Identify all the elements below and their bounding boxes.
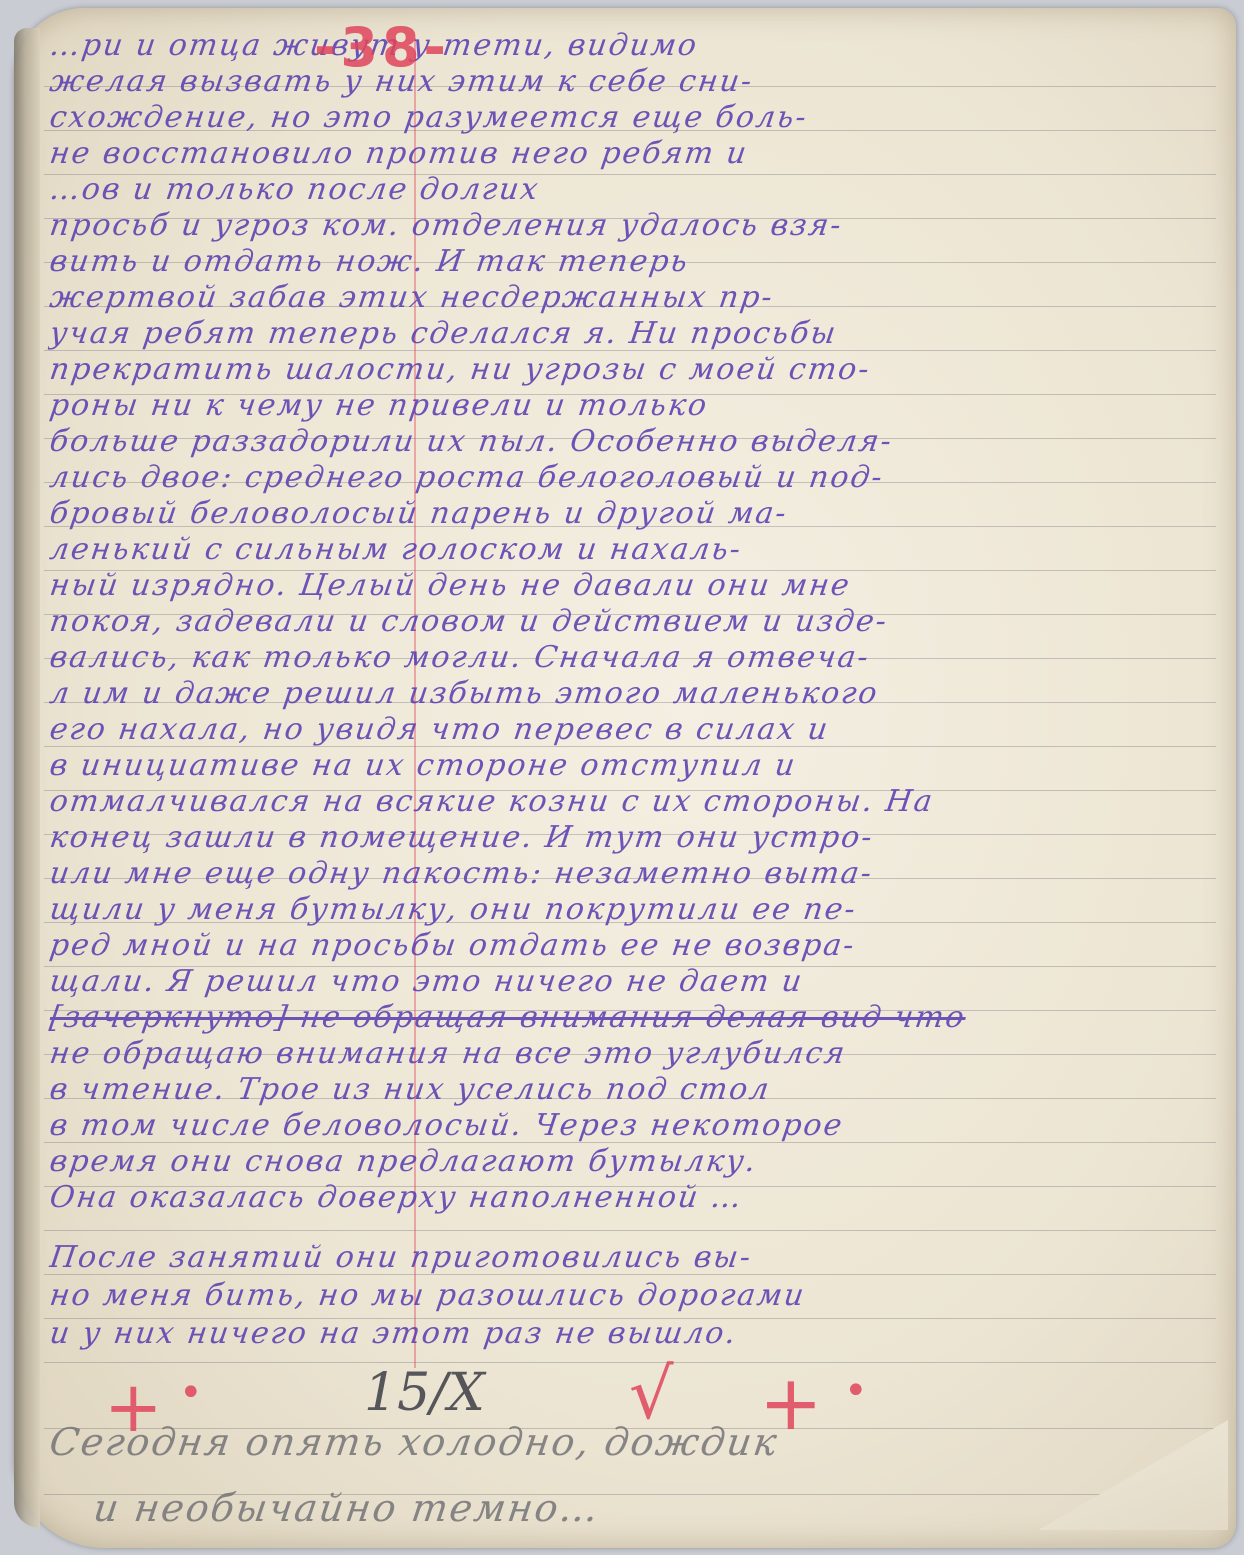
text-line: и у них ничего на этот раз не вышло. [48,1316,1213,1351]
text-line: вить и отдать нож. И так теперь [48,244,1213,279]
page-binding-edge [14,28,40,1528]
pencil-text-line: и необычайно темно… [91,1486,1213,1530]
text-line: щили у меня бутылку, они покрутили ее пе… [48,892,1213,927]
text-line: учая ребят теперь сделался я. Ни просьбы [48,316,1213,351]
text-line: Она оказалась доверху наполненной … [48,1180,1213,1215]
text-line: …ов и только после долгих [48,172,1213,207]
text-line: отмалчивался на всякие козни с их сторон… [48,784,1213,819]
struck-text-line: [зачеркнуто] не обращая внимания делая в… [48,1000,1213,1035]
text-line: жертвой забав этих несдержанных пр- [48,280,1213,315]
text-line: не обращаю внимания на все это углубился [48,1036,1213,1071]
text-line: ный изрядно. Целый день не давали они мн… [48,568,1213,603]
text-line: в чтение. Трое из них уселись под стол [48,1072,1213,1107]
text-line: не восстановило против него ребят и [48,136,1213,171]
entry-date: 15/X [364,1363,485,1423]
text-line: бровый беловолосый парень и другой ма- [48,496,1213,531]
text-line: роны ни к чему не привели и только [48,388,1213,423]
text-line: но меня бить, но мы разошлись дорогами [48,1278,1213,1313]
text-line: просьб и угроз ком. отделения удалось вз… [48,208,1213,243]
text-line: его нахала, но увидя что перевес в силах… [48,712,1213,747]
diary-page: …ри и отца живут у тети, видимо желая вы… [14,8,1236,1548]
text-line: в том числе беловолосый. Через некоторое [48,1108,1213,1143]
ruled-line [44,1230,1216,1231]
text-line: время они снова предлагают бутылку. [48,1144,1213,1179]
pencil-text-line: Сегодня опять холодно, дождик [47,1420,1213,1464]
text-line: покоя, задевали и словом и действием и и… [48,604,1213,639]
text-line: или мне еще одну пакость: незаметно выта… [48,856,1213,891]
text-line: больше раззадорили их пыл. Особенно выде… [48,424,1213,459]
text-line: вались, как только могли. Сначала я отве… [48,640,1213,675]
text-line: прекратить шалости, ни угрозы с моей сто… [48,352,1213,387]
text-line: ленький с сильным голоском и нахаль- [48,532,1213,567]
text-line: После занятий они приготовились вы- [48,1240,1213,1275]
red-dot-mark: • [844,1368,868,1414]
text-line: щали. Я решил что это ничего не дает и [48,964,1213,999]
text-line: л им и даже решил избыть этого маленьког… [48,676,1213,711]
page-number-mark: -38- [314,16,450,79]
text-line: желая вызвать у них этим к себе сни- [48,64,1213,99]
text-line: …ри и отца живут у тети, видимо [48,28,1213,63]
red-dot-mark: • [179,1370,203,1416]
text-line: конец зашли в помещение. И тут они устро… [48,820,1213,855]
text-line: ред мной и на просьбы отдать ее не возвр… [48,928,1213,963]
text-line: лись двое: среднего роста белоголовый и … [48,460,1213,495]
text-line: в инициативе на их стороне отступил и [48,748,1213,783]
text-line: схождение, но это разумеется еще боль- [48,100,1213,135]
